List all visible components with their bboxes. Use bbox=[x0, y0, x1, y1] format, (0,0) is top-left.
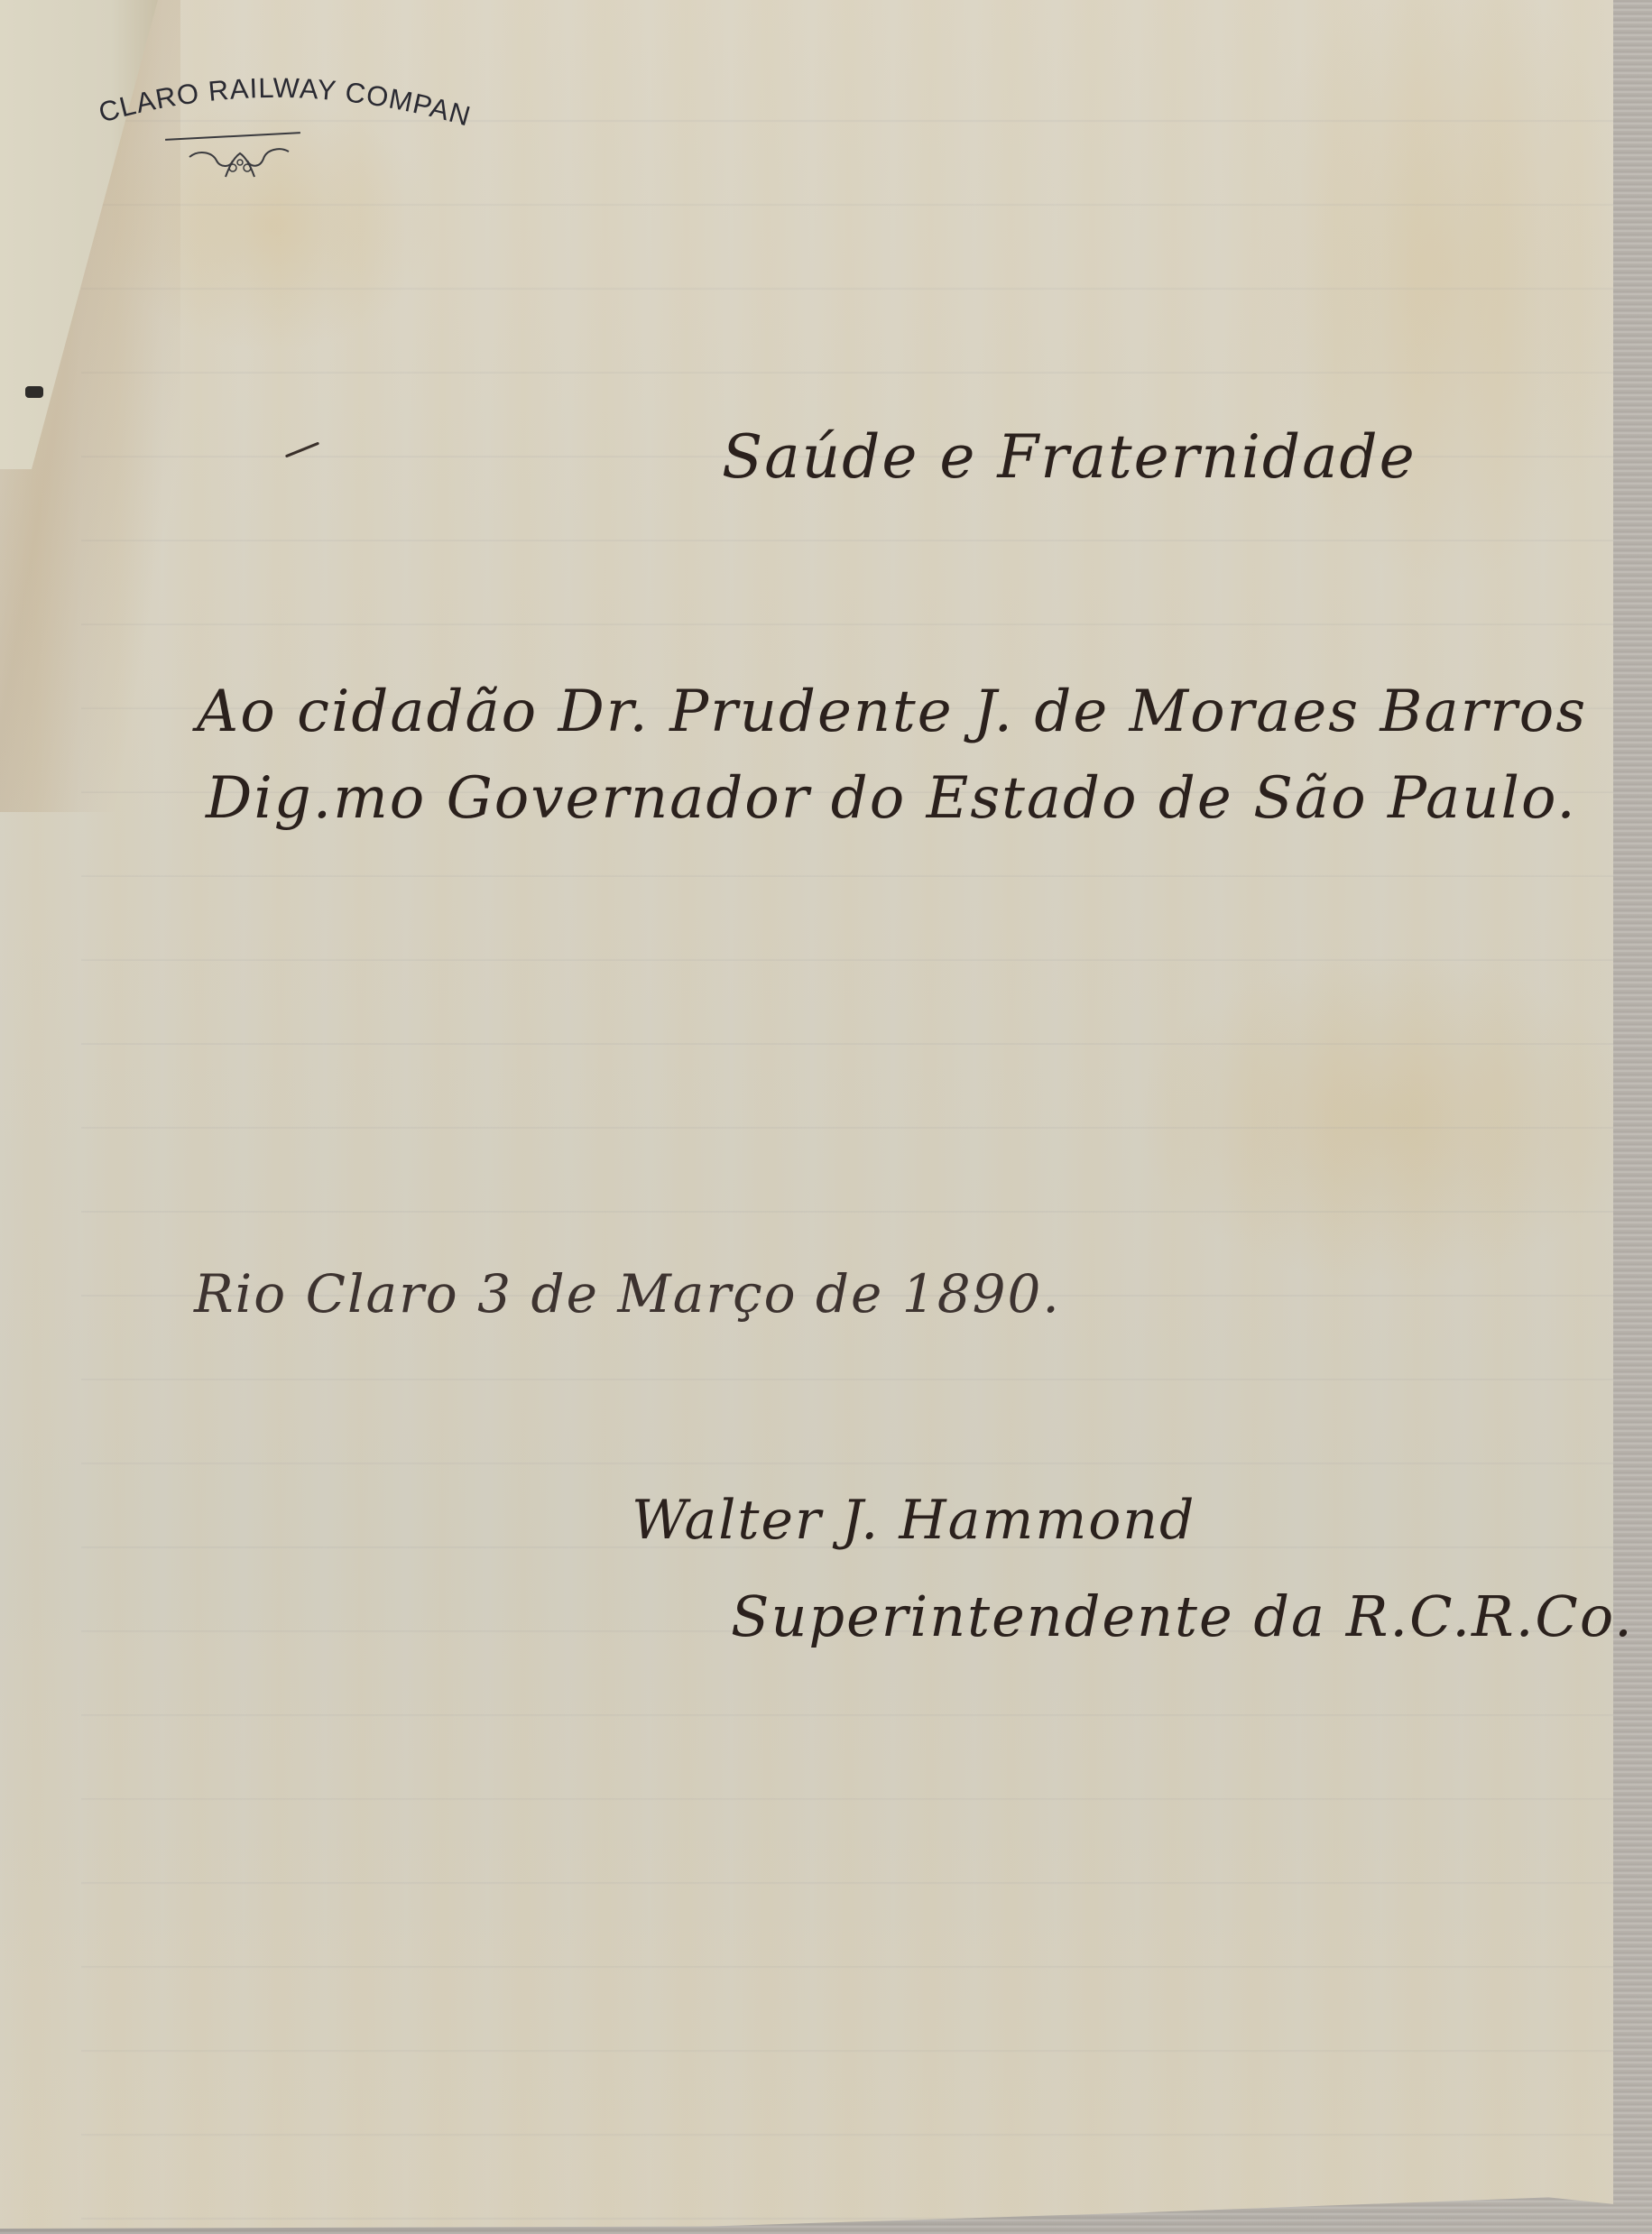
dateline: Rio Claro 3 de Março de 1890. bbox=[194, 1263, 1061, 1325]
addressee-line-2: Dig.mo Governador do Estado de São Paulo… bbox=[206, 765, 1577, 832]
letterhead: CLARO RAILWAY COMPANY bbox=[97, 70, 476, 179]
binding-staple bbox=[25, 386, 43, 398]
letter-sheet bbox=[0, 0, 1613, 2229]
signature-title: Superintendente da R.C.R.Co. bbox=[731, 1583, 1634, 1649]
ruled-lines bbox=[81, 0, 1613, 2229]
letterhead-company-name: CLARO RAILWAY COMPANY bbox=[97, 70, 476, 134]
scroll-ornament-icon bbox=[180, 141, 298, 180]
svg-text:CLARO RAILWAY COMPANY: CLARO RAILWAY COMPANY bbox=[97, 70, 475, 133]
signature-name: Walter J. Hammond bbox=[632, 1489, 1195, 1552]
addressee-line-1: Ao cidadão Dr. Prudente J. de Moraes Bar… bbox=[197, 679, 1587, 745]
letterhead-text: CLARO RAILWAY COMPANY bbox=[97, 70, 475, 133]
salutation: Saúde e Fraternidade bbox=[722, 422, 1417, 492]
